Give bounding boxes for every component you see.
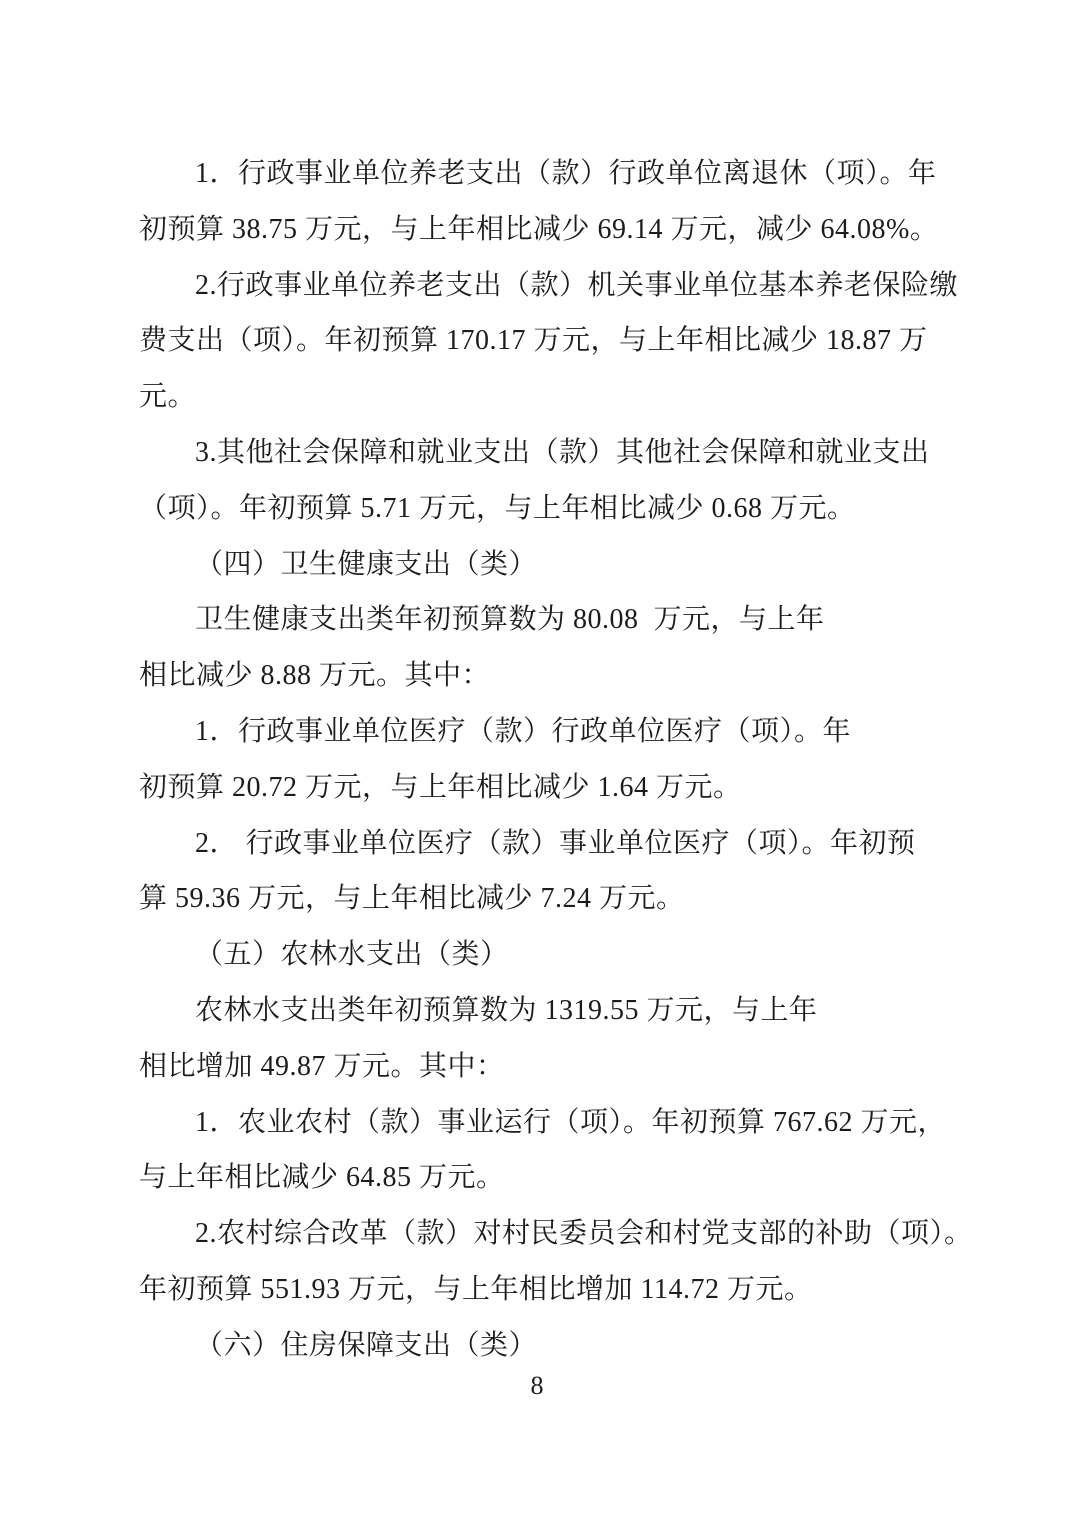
text-line: 年初预算 551.93 万元，与上年相比增加 114.72 万元。 bbox=[139, 1262, 935, 1318]
text-line: 与上年相比减少 64.85 万元。 bbox=[139, 1150, 935, 1206]
text-line: （四）卫生健康支出（类） bbox=[139, 537, 935, 593]
text-line: 1．行政事业单位养老支出（款）行政单位离退休（项）。年 bbox=[139, 146, 935, 202]
text-line: 2.行政事业单位养老支出（款）机关事业单位基本养老保险缴 bbox=[139, 258, 935, 314]
text-line: 农林水支出类年初预算数为 1319.55 万元，与上年 bbox=[139, 983, 935, 1039]
text-line: 3.其他社会保障和就业支出（款）其他社会保障和就业支出 bbox=[139, 425, 935, 481]
document-page: 1．行政事业单位养老支出（款）行政单位离退休（项）。年初预算 38.75 万元，… bbox=[0, 0, 1074, 1520]
text-line: 算 59.36 万元，与上年相比减少 7.24 万元。 bbox=[139, 871, 935, 927]
text-line: （五）农林水支出（类） bbox=[139, 927, 935, 983]
page-number: 8 bbox=[0, 1371, 1074, 1401]
text-line: 初预算 38.75 万元，与上年相比减少 69.14 万元，减少 64.08%。 bbox=[139, 202, 935, 258]
text-line: 2． 行政事业单位医疗（款）事业单位医疗（项）。年初预 bbox=[139, 816, 935, 872]
text-line: （六）住房保障支出（类） bbox=[139, 1318, 935, 1374]
text-line: 2.农村综合改革（款）对村民委员会和村党支部的补助（项）。 bbox=[139, 1206, 935, 1262]
text-line: 1．行政事业单位医疗（款）行政单位医疗（项）。年 bbox=[139, 704, 935, 760]
text-line: 卫生健康支出类年初预算数为 80.08 万元，与上年 bbox=[139, 592, 935, 648]
text-line: 元。 bbox=[139, 369, 935, 425]
text-line: 相比减少 8.88 万元。其中： bbox=[139, 648, 935, 704]
text-line: 相比增加 49.87 万元。其中： bbox=[139, 1039, 935, 1095]
text-line: 费支出（项）。年初预算 170.17 万元，与上年相比减少 18.87 万 bbox=[139, 313, 935, 369]
document-body: 1．行政事业单位养老支出（款）行政单位离退休（项）。年初预算 38.75 万元，… bbox=[139, 146, 935, 1374]
text-line: （项）。年初预算 5.71 万元，与上年相比减少 0.68 万元。 bbox=[139, 481, 935, 537]
text-line: 初预算 20.72 万元，与上年相比减少 1.64 万元。 bbox=[139, 760, 935, 816]
text-line: 1．农业农村（款）事业运行（项）。年初预算 767.62 万元， bbox=[139, 1095, 935, 1151]
